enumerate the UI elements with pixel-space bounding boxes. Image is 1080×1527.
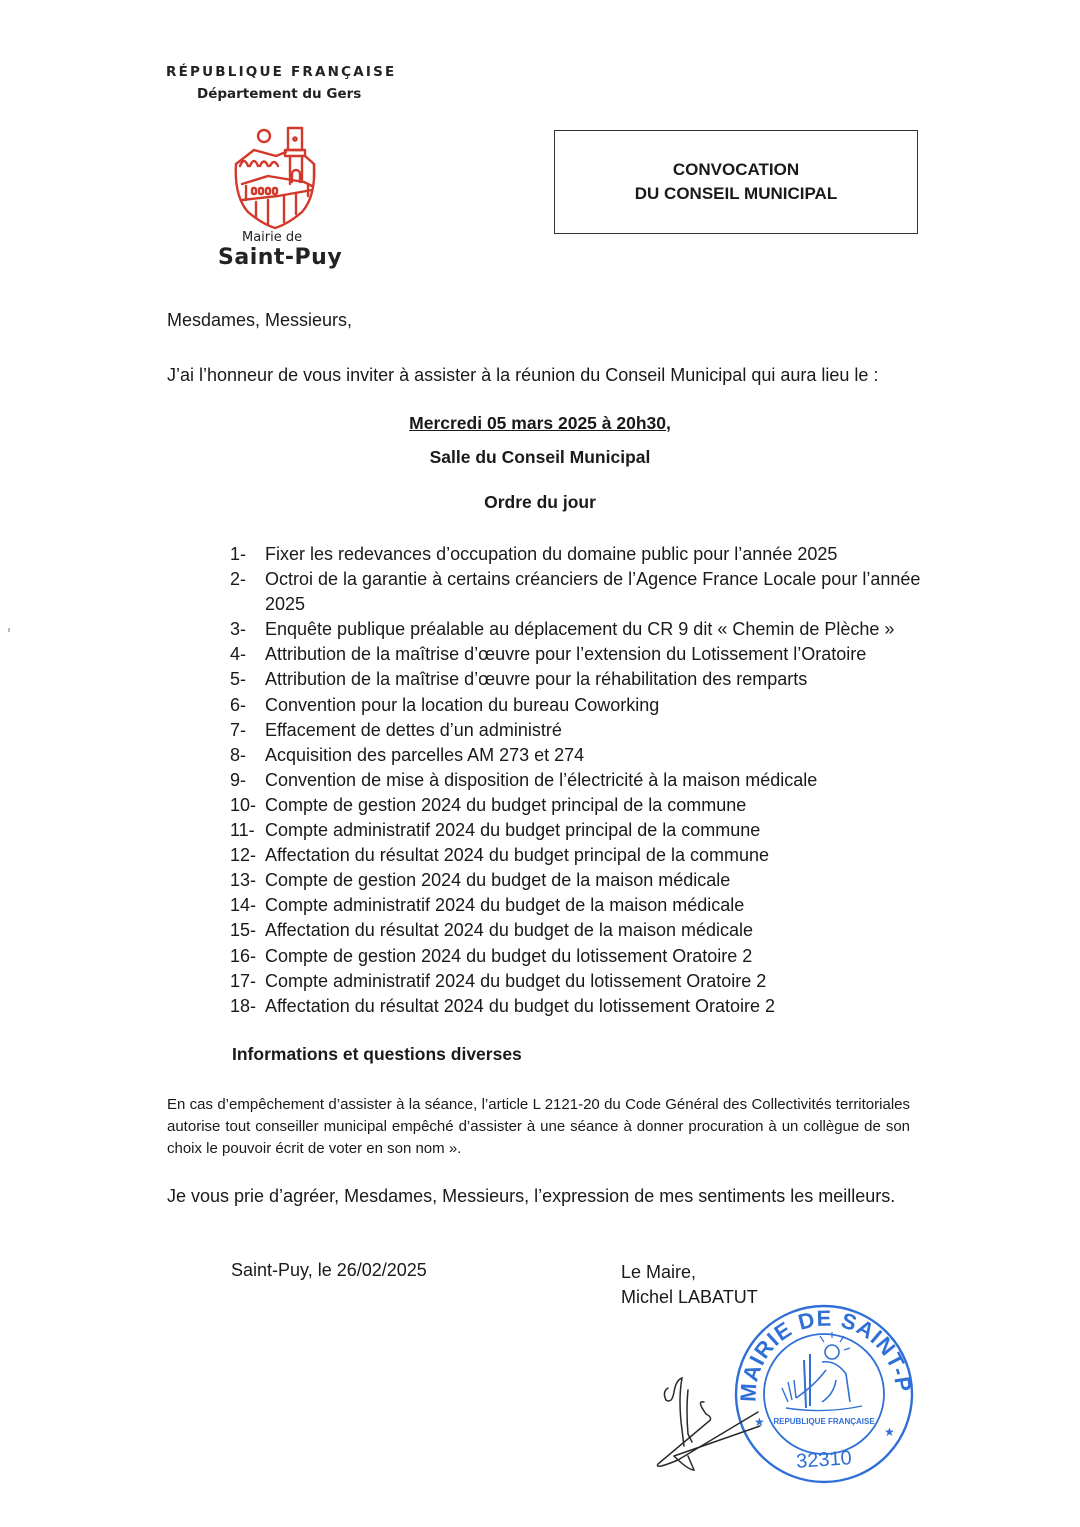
agenda-item-text: Compte administratif 2024 du budget du l…: [265, 969, 930, 994]
mairie-de-label: Mairie de: [242, 230, 302, 245]
agenda-item-number: 9-: [230, 768, 265, 793]
document-title-box: CONVOCATION DU CONSEIL MUNICIPAL: [554, 130, 918, 234]
agenda-item: 4-Attribution de la maîtrise d’œuvre pou…: [230, 642, 930, 667]
agenda-item-number: 18-: [230, 994, 265, 1019]
signatory-role: Le Maire,: [621, 1260, 758, 1285]
agenda-item: 11-Compte administratif 2024 du budget p…: [230, 818, 930, 843]
agenda-item-text: Attribution de la maîtrise d’œuvre pour …: [265, 642, 930, 667]
meeting-location: Salle du Conseil Municipal: [0, 447, 1080, 468]
agenda-item-number: 5-: [230, 667, 265, 692]
agenda-item-number: 17-: [230, 969, 265, 994]
agenda-item-number: 11-: [230, 818, 265, 843]
agenda-item-text: Compte administratif 2024 du budget de l…: [265, 893, 930, 918]
agenda-item: 5-Attribution de la maîtrise d’œuvre pou…: [230, 667, 930, 692]
agenda-title: Ordre du jour: [0, 492, 1080, 513]
agenda-item: 3-Enquête publique préalable au déplacem…: [230, 617, 930, 642]
agenda-item-number: 4-: [230, 642, 265, 667]
agenda-item-number: 3-: [230, 617, 265, 642]
agenda-item-text: Enquête publique préalable au déplacemen…: [265, 617, 930, 642]
svg-text:★: ★: [884, 1425, 895, 1439]
agenda-item-number: 12-: [230, 843, 265, 868]
meeting-date-text: Mercredi 05 mars 2025 à 20h30,: [409, 413, 671, 433]
republique-francaise-header: RÉPUBLIQUE FRANÇAISE: [166, 64, 396, 80]
agenda-item: 15-Affectation du résultat 2024 du budge…: [230, 918, 930, 943]
town-crest-icon: [228, 126, 332, 230]
agenda-item-number: 2-: [230, 567, 265, 617]
agenda-item-number: 10-: [230, 793, 265, 818]
agenda-item-text: Affectation du résultat 2024 du budget p…: [265, 843, 930, 868]
agenda-item-text: Acquisition des parcelles AM 273 et 274: [265, 743, 930, 768]
closing-formula: Je vous prie d’agréer, Mesdames, Messieu…: [167, 1184, 910, 1209]
agenda-item: 2-Octroi de la garantie à certains créan…: [230, 567, 930, 617]
agenda-item-number: 7-: [230, 718, 265, 743]
stamp-inner-text: REPUBLIQUE FRANÇAISE: [773, 1417, 875, 1426]
agenda-item-number: 14-: [230, 893, 265, 918]
info-section-title: Informations et questions diverses: [232, 1044, 522, 1065]
greeting: Mesdames, Messieurs,: [167, 310, 352, 331]
agenda-item: 7-Effacement de dettes d’un administré: [230, 718, 930, 743]
agenda-list: 1-Fixer les redevances d’occupation du d…: [230, 542, 930, 1019]
agenda-item: 12-Affectation du résultat 2024 du budge…: [230, 843, 930, 868]
agenda-item-text: Compte administratif 2024 du budget prin…: [265, 818, 930, 843]
agenda-item-text: Compte de gestion 2024 du budget de la m…: [265, 868, 930, 893]
agenda-item-number: 16-: [230, 944, 265, 969]
intro-paragraph: J’ai l’honneur de vous inviter à assiste…: [167, 365, 878, 386]
meeting-date: Mercredi 05 mars 2025 à 20h30,: [0, 413, 1080, 434]
title-line-2: DU CONSEIL MUNICIPAL: [635, 182, 837, 206]
handwritten-signature-icon: [648, 1370, 778, 1480]
agenda-item: 1-Fixer les redevances d’occupation du d…: [230, 542, 930, 567]
agenda-item: 13-Compte de gestion 2024 du budget de l…: [230, 868, 930, 893]
departement-label: Département du Gers: [197, 86, 361, 102]
agenda-item-number: 15-: [230, 918, 265, 943]
title-line-1: CONVOCATION: [673, 158, 799, 182]
agenda-item: 6-Convention pour la location du bureau …: [230, 693, 930, 718]
agenda-item-number: 8-: [230, 743, 265, 768]
agenda-item-text: Compte de gestion 2024 du budget princip…: [265, 793, 930, 818]
agenda-item: 14-Compte administratif 2024 du budget d…: [230, 893, 930, 918]
agenda-item-text: Effacement de dettes d’un administré: [265, 718, 930, 743]
agenda-item-text: Affectation du résultat 2024 du budget d…: [265, 918, 930, 943]
agenda-item: 18-Affectation du résultat 2024 du budge…: [230, 994, 930, 1019]
scan-artifact: [8, 628, 10, 632]
agenda-item: 16-Compte de gestion 2024 du budget du l…: [230, 944, 930, 969]
agenda-item: 10-Compte de gestion 2024 du budget prin…: [230, 793, 930, 818]
agenda-item-text: Octroi de la garantie à certains créanci…: [265, 567, 930, 617]
agenda-item-text: Attribution de la maîtrise d’œuvre pour …: [265, 667, 930, 692]
agenda-item-number: 6-: [230, 693, 265, 718]
agenda-item-text: Convention pour la location du bureau Co…: [265, 693, 930, 718]
agenda-item-text: Fixer les redevances d’occupation du dom…: [265, 542, 930, 567]
agenda-item-number: 13-: [230, 868, 265, 893]
commune-name: Saint-Puy: [218, 245, 342, 270]
agenda-item-text: Compte de gestion 2024 du budget du loti…: [265, 944, 930, 969]
agenda-item: 17-Compte administratif 2024 du budget d…: [230, 969, 930, 994]
proxy-note: En cas d’empêchement d’assister à la séa…: [167, 1094, 910, 1160]
agenda-item-number: 1-: [230, 542, 265, 567]
agenda-item: 9-Convention de mise à disposition de l’…: [230, 768, 930, 793]
agenda-item-text: Convention de mise à disposition de l’él…: [265, 768, 930, 793]
agenda-item-text: Affectation du résultat 2024 du budget d…: [265, 994, 930, 1019]
agenda-item: 8-Acquisition des parcelles AM 273 et 27…: [230, 743, 930, 768]
stamp-postcode: 32310: [795, 1447, 852, 1473]
place-and-date: Saint-Puy, le 26/02/2025: [231, 1260, 427, 1281]
